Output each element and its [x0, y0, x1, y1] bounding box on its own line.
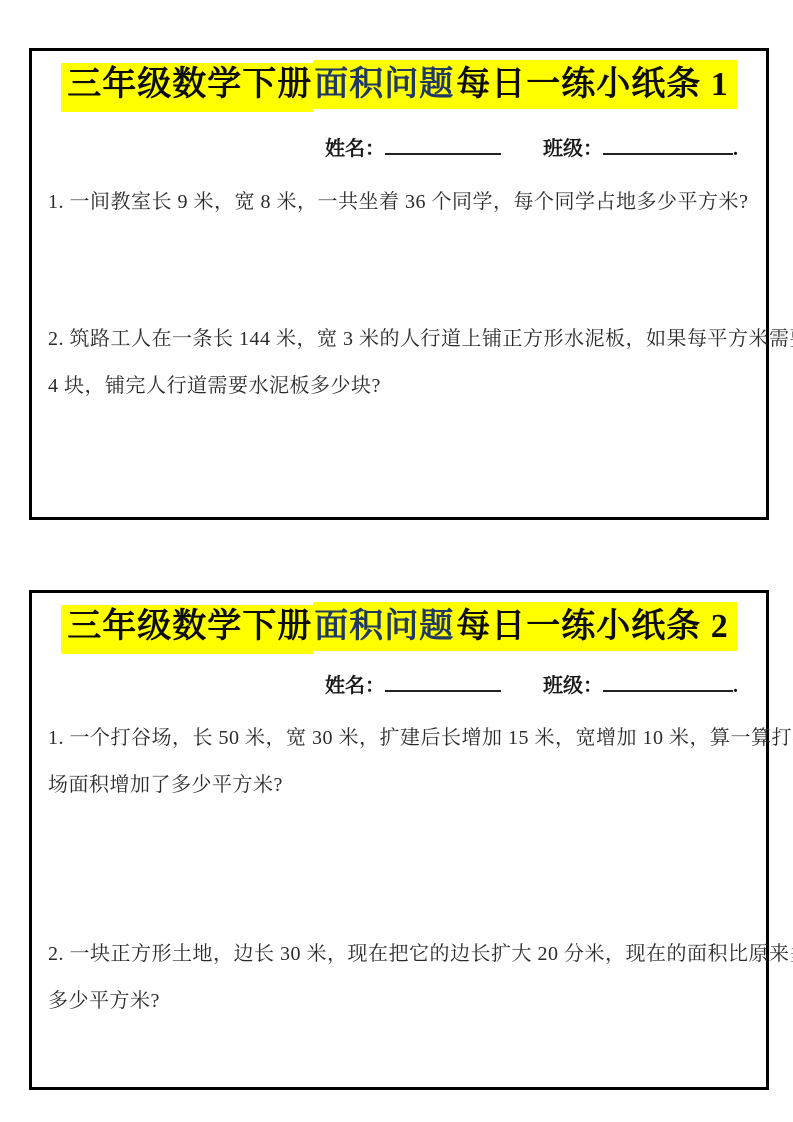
- problem-2: 2. 筑路工人在一条长 144 米，宽 3 米的人行道上铺正方形水泥板，如果每平…: [32, 316, 766, 410]
- class-label: 班级：: [543, 138, 603, 160]
- problem-1: 1. 一个打谷场，长 50 米，宽 30 米，扩建后长增加 15 米，宽增加 1…: [32, 715, 766, 809]
- title-segment-series: 每日一练小纸条 1: [455, 60, 737, 109]
- problem-1-text-line-1: 1. 一个打谷场，长 50 米，宽 30 米，扩建后长增加 15 米，宽增加 1…: [48, 715, 752, 762]
- problem-2-text-line-2: 4 块，铺完人行道需要水泥板多少块?: [48, 363, 752, 410]
- title-segment-grade: 三年级数学下册: [61, 63, 313, 112]
- problem-1-text-line-2: 场面积增加了多少平方米?: [48, 762, 752, 809]
- worksheet-page: { "colors": { "highlight": "#ffff00", "t…: [0, 0, 793, 1122]
- problem-1: 1. 一间教室长 9 米，宽 8 米，一共坐着 36 个同学，每个同学占地多少平…: [32, 179, 766, 226]
- class-blank-line: [603, 670, 733, 692]
- worksheet-card-2: 三年级数学下册面积问题每日一练小纸条 2 姓名：班级：. 1. 一个打谷场，长 …: [29, 590, 769, 1090]
- problem-2-text-line-2: 多少平方米?: [48, 978, 752, 1025]
- name-label: 姓名：: [325, 675, 385, 697]
- title-segment-topic: 面积问题: [313, 60, 455, 109]
- title-segment-grade: 三年级数学下册: [61, 605, 313, 654]
- class-blank-line: [603, 133, 733, 155]
- title-segment-series: 每日一练小纸条 2: [455, 602, 737, 651]
- problem-2-text-line-1: 2. 一块正方形土地，边长 30 米，现在把它的边长扩大 20 分米，现在的面积…: [48, 931, 752, 978]
- name-blank-line: [385, 670, 501, 692]
- problem-2: 2. 一块正方形土地，边长 30 米，现在把它的边长扩大 20 分米，现在的面积…: [32, 931, 766, 1025]
- name-label: 姓名：: [325, 138, 385, 160]
- worksheet-title-1: 三年级数学下册面积问题每日一练小纸条 1: [32, 60, 766, 112]
- worksheet-title-2: 三年级数学下册面积问题每日一练小纸条 2: [32, 602, 766, 654]
- worksheet-card-1: 三年级数学下册面积问题每日一练小纸条 1 姓名：班级：. 1. 一间教室长 9 …: [29, 48, 769, 520]
- problem-1-text: 1. 一间教室长 9 米，宽 8 米，一共坐着 36 个同学，每个同学占地多少平…: [48, 179, 752, 226]
- problem-2-text-line-1: 2. 筑路工人在一条长 144 米，宽 3 米的人行道上铺正方形水泥板，如果每平…: [48, 316, 752, 363]
- end-period: .: [733, 138, 738, 160]
- name-blank-line: [385, 133, 501, 155]
- title-segment-topic: 面积问题: [313, 602, 455, 651]
- class-label: 班级：: [543, 675, 603, 697]
- student-info-row: 姓名：班级：.: [32, 670, 766, 701]
- end-period: .: [733, 675, 738, 697]
- student-info-row: 姓名：班级：.: [32, 133, 766, 164]
